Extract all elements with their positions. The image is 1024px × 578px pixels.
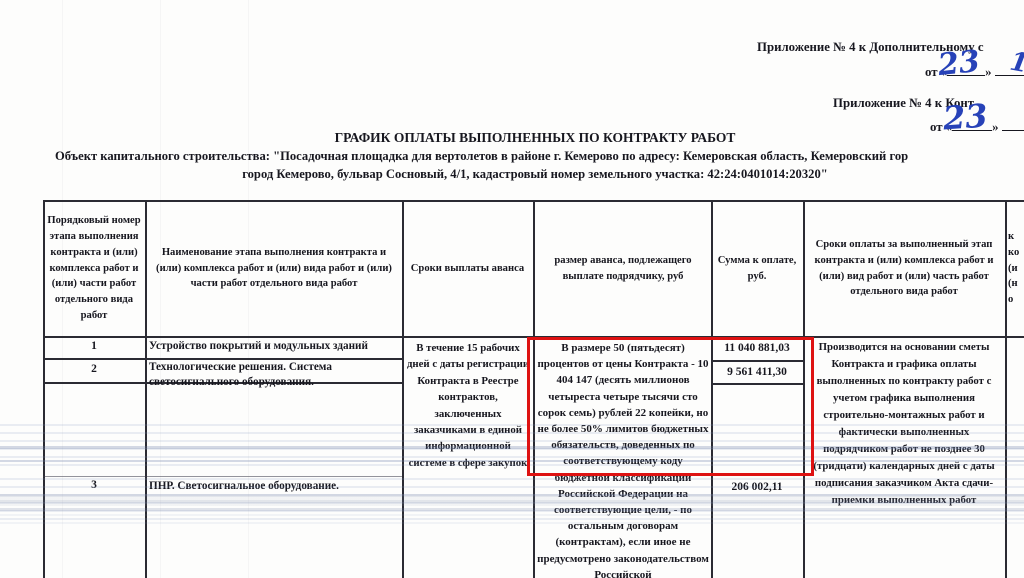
header-advance-terms: Сроки выплаты аванса — [404, 202, 531, 335]
sum-row-divider-1 — [711, 360, 803, 362]
sum-value-1: 11 040 881,03 — [713, 342, 801, 354]
col-divider-6 — [1005, 200, 1007, 578]
sum-value-3: 206 002,11 — [713, 481, 801, 493]
header-stage-number: Порядковый номер этапа выполнения контра… — [45, 202, 143, 335]
handwriting-stroke-1: 1 — [1008, 47, 1024, 80]
advance-amount-cell: В размере 50 (пятьдесят) процентов от це… — [537, 340, 709, 578]
cutoff-fragment: ко — [1008, 245, 1019, 261]
header-advance-amount: размер аванса, подлежащего выплате подря… — [537, 202, 709, 335]
quote-close: » — [985, 65, 991, 79]
advance-terms-cell: В течение 15 рабочих дней с даты регистр… — [405, 340, 531, 471]
sum-row-divider-2 — [711, 383, 803, 385]
cutoff-fragment: о — [1008, 292, 1013, 308]
stage-number-2: 2 — [45, 363, 143, 375]
stage-name-1: Устройство покрытий и модульных зданий — [149, 339, 399, 354]
sum-value-2: 9 561 411,30 — [713, 366, 801, 378]
row-divider-3 — [43, 476, 402, 477]
payment-terms-cell: Производится на основании сметы Контракт… — [806, 339, 1002, 509]
header-cutoff-column: к ко (и (н о — [1008, 202, 1024, 335]
cutoff-fragment: к — [1008, 229, 1014, 245]
cutoff-fragment: (н — [1008, 276, 1018, 292]
col-divider-3 — [533, 200, 535, 578]
document-title: ГРАФИК ОПЛАТЫ ВЫПОЛНЕННЫХ ПО КОНТРАКТУ Р… — [45, 130, 1024, 146]
scanned-document-page: Приложение № 4 к Дополнительному с от «»… — [0, 0, 1024, 578]
stage-number-1: 1 — [45, 340, 143, 352]
subtitle-line-2: город Кемерово, бульвар Сосновый, 4/1, к… — [45, 167, 1024, 182]
scan-artifact-band — [0, 514, 1024, 524]
handwritten-day-1: 23 — [936, 44, 981, 83]
subtitle-line-1: Объект капитального строительства: "Поса… — [55, 149, 908, 164]
stage-name-2: Технологические решения. Система светоси… — [149, 360, 389, 389]
cutoff-fragment: (и — [1008, 261, 1018, 277]
stage-number-3: 3 — [45, 479, 143, 491]
header-payment-terms: Сроки оплаты за выполненный этап контрак… — [805, 202, 1003, 335]
handwritten-day-2: 23 — [942, 96, 989, 137]
header-stage-name: Наименование этапа выполнения контракта … — [149, 202, 399, 335]
col-divider-1 — [145, 200, 147, 578]
stage-name-3: ПНР. Светосигнальное оборудование. — [149, 479, 399, 494]
header-sum: Сумма к оплате, руб. — [713, 202, 801, 335]
